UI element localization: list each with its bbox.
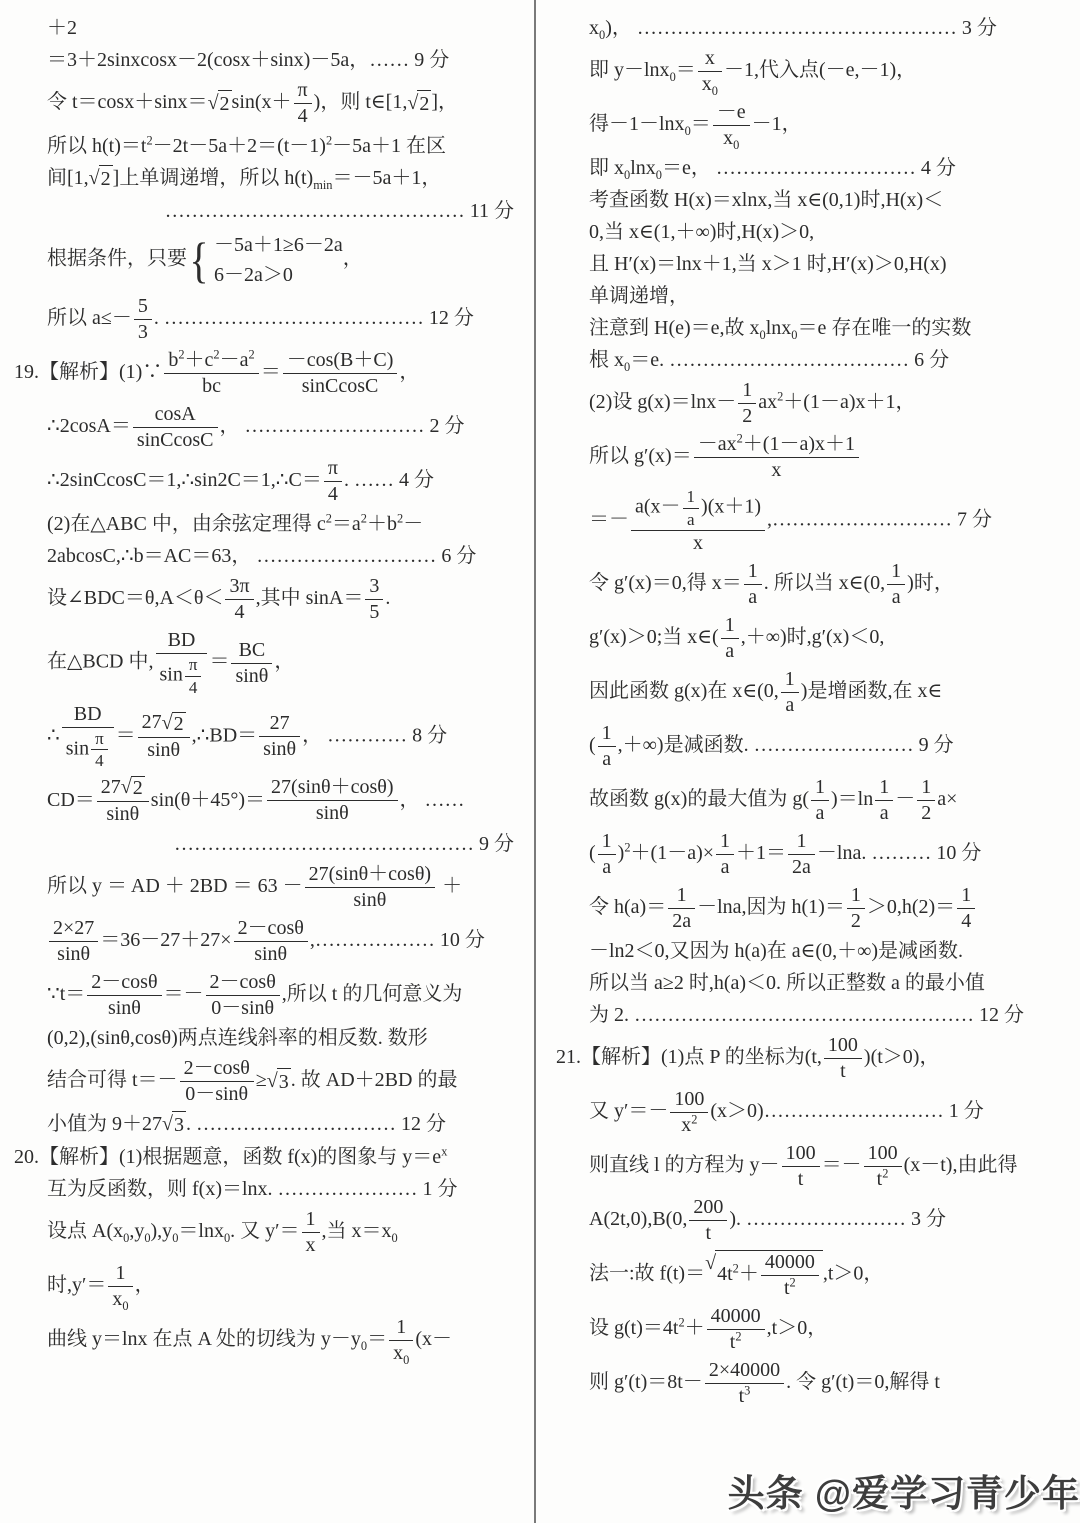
solution-line: ∴BDsinπ4＝27√2sinθ,∴BD＝27sinθ， ………… 8 分 bbox=[47, 703, 514, 771]
solution-line: ∵t＝2－cosθsinθ＝－2－cosθ0－sinθ,所以 t 的几何意义为 bbox=[47, 971, 514, 1020]
solution-line: g′(x)＞0;当 x∈(1a,＋∞)时,g′(x)＜0, bbox=[589, 614, 1068, 663]
watermark-text: 头条 @爱学习青少年 bbox=[728, 1469, 1080, 1519]
solution-line: 则 g′(t)＝8t－2×40000t3. 令 g′(t)＝0,解得 t bbox=[589, 1359, 1068, 1408]
solution-line: ＝3＋2sinxcosx－2(cosx＋sinx)－5a，…… 9 分 bbox=[47, 47, 514, 74]
solution-line: 又 y′＝－100x2(x＞0)……………………… 1 分 bbox=[589, 1088, 1068, 1137]
solution-line: 单调递增， bbox=[589, 283, 1068, 310]
solution-line: ∴2cosA＝cosAsinCcosC， ……………………… 2 分 bbox=[47, 403, 514, 452]
solution-line: 令 h(a)＝12a－lna,因为 h(1)＝12＞0,h(2)＝14 bbox=[589, 884, 1068, 933]
solution-line: 故函数 g(x)的最大值为 g(1a)＝ln1a－12a× bbox=[589, 776, 1068, 825]
solution-line: 设点 A(x0,y0),y0＝lnx0. 又 y′＝1x,当 x＝x0 bbox=[47, 1208, 514, 1257]
solution-line: ……………………………………… 11 分 bbox=[47, 198, 514, 225]
solution-line: ∴2sinCcosC＝1,∴sin2C＝1,∴C＝π4. …… 4 分 bbox=[47, 457, 514, 506]
solution-line: 注意到 H(e)＝e,故 x0lnx0＝e 存在唯一的实数 bbox=[589, 315, 1068, 342]
solution-line: 设 g(t)＝4t2＋40000t2,t＞0， bbox=[589, 1305, 1068, 1354]
solution-line: 即 x0lnx0＝e， ………………………… 4 分 bbox=[589, 155, 1068, 182]
solution-line: CD＝27√2sinθsin(θ＋45°)＝27(sinθ＋cosθ)sinθ，… bbox=[47, 776, 514, 826]
solution-line: 根 x0＝e. ……………………………… 6 分 bbox=[589, 347, 1068, 374]
solution-line: (0,2),(sinθ,cosθ)两点连线斜率的相反数. 数形 bbox=[47, 1025, 514, 1052]
solution-line: 2×27sinθ＝36－27＋27×2－cosθsinθ,……………… 10 分 bbox=[47, 917, 514, 966]
solution-line: 21.【解析】(1)点 P 的坐标为(t,100t)(t＞0)， bbox=[556, 1034, 1068, 1083]
solution-line: (2)在△ABC 中，由余弦定理得 c2＝a2＋b2－ bbox=[47, 511, 514, 538]
left-column: ＋2＝3＋2sinxcosx－2(cosx＋sinx)－5a，…… 9 分令 t… bbox=[14, 0, 514, 1370]
solution-line: 间[1,√2]上单调递增，所以 h(t)min＝－5a＋1， bbox=[47, 165, 514, 193]
solution-line: 所以 g′(x)＝－ax2＋(1－a)x＋1x bbox=[589, 433, 1068, 482]
solution-line: 20.【解析】(1)根据题意，函数 f(x)的图象与 y＝ex bbox=[14, 1144, 514, 1171]
solution-line: (1a)2＋(1－a)×1a＋1＝12a－lna. ……… 10 分 bbox=[589, 830, 1068, 879]
right-column: x0)， ………………………………………… 3 分即 y－lnx0＝xx0－1,… bbox=[556, 0, 1068, 1413]
solution-line: 设∠BDC＝θ,A＜θ＜3π4,其中 sinA＝35. bbox=[47, 575, 514, 624]
solution-line: ＋2 bbox=[47, 15, 514, 42]
solution-line: 所以当 a≥2 时,h(a)＜0. 所以正整数 a 的最小值 bbox=[589, 970, 1068, 997]
exam-answer-page: ＋2＝3＋2sinxcosx－2(cosx＋sinx)－5a，…… 9 分令 t… bbox=[0, 0, 1080, 1523]
solution-line: 0,当 x∈(1,＋∞)时,H(x)＞0, bbox=[589, 219, 1068, 246]
solution-line: 法一:故 f(t)＝√4t2＋40000t2,t＞0， bbox=[589, 1250, 1068, 1300]
solution-line: ……………………………………… 9 分 bbox=[47, 831, 514, 858]
solution-line: ＝－a(x－1a)(x＋1)x,……………………… 7 分 bbox=[589, 487, 1068, 555]
solution-line: 结合可得 t＝－2－cosθ0－sinθ≥√3. 故 AD＋2BD 的最 bbox=[47, 1057, 514, 1106]
solution-line: (1a,＋∞)是减函数. …………………… 9 分 bbox=[589, 722, 1068, 771]
solution-line: 根据条件，只要{－5a＋1≥6－2a6－2a＞0， bbox=[47, 230, 514, 290]
solution-line: 所以 h(t)＝t2－2t－5a＋2＝(t－1)2－5a＋1 在区 bbox=[47, 133, 514, 160]
solution-line: 所以 a≤－53. ………………………………… 12 分 bbox=[47, 295, 514, 344]
solution-line: 在△BCD 中,BDsinπ4＝BCsinθ， bbox=[47, 629, 514, 697]
solution-line: 时,y′＝1x0， bbox=[47, 1262, 514, 1311]
solution-line: 为 2. …………………………………………… 12 分 bbox=[589, 1002, 1068, 1029]
solution-line: 2abcosC,∴b＝AC＝63， ……………………… 6 分 bbox=[47, 543, 514, 570]
solution-line: 即 y－lnx0＝xx0－1,代入点(－e,－1)， bbox=[589, 47, 1068, 96]
solution-line: 小值为 9＋27√3. ………………………… 12 分 bbox=[47, 1111, 514, 1139]
solution-line: 互为反函数，则 f(x)＝lnx. ………………… 1 分 bbox=[47, 1176, 514, 1203]
solution-line: －ln2＜0,又因为 h(a)在 a∈(0,＋∞)是减函数. bbox=[589, 938, 1068, 965]
solution-line: 所以 y ＝ AD ＋ 2BD ＝ 63 －27(sinθ＋cosθ)sinθ … bbox=[47, 863, 514, 912]
solution-line: x0)， ………………………………………… 3 分 bbox=[589, 15, 1068, 42]
solution-line: A(2t,0),B(0,200t). …………………… 3 分 bbox=[589, 1196, 1068, 1245]
solution-line: 令 t＝cosx＋sinx＝√2sin(x＋π4)，则 t∈[1,√2]， bbox=[47, 79, 514, 128]
solution-line: 且 H′(x)＝lnx＋1,当 x＞1 时,H′(x)＞0,H(x) bbox=[589, 251, 1068, 278]
solution-line: 曲线 y＝lnx 在点 A 处的切线为 y－y0＝1x0(x－ bbox=[47, 1316, 514, 1365]
solution-line: 因此函数 g(x)在 x∈(0,1a)是增函数,在 x∈ bbox=[589, 668, 1068, 717]
solution-line: 则直线 l 的方程为 y－100t＝－100t2(x－t),由此得 bbox=[589, 1142, 1068, 1191]
solution-line: 令 g′(x)＝0,得 x＝1a. 所以当 x∈(0,1a)时， bbox=[589, 560, 1068, 609]
solution-line: 得－1－lnx0＝－ex0－1， bbox=[589, 101, 1068, 150]
solution-line: (2)设 g(x)＝lnx－12ax2＋(1－a)x＋1， bbox=[589, 379, 1068, 428]
solution-line: 19.【解析】(1)∵b2＋c2－a2bc＝－cos(B＋C)sinCcosC， bbox=[14, 349, 514, 398]
column-divider bbox=[534, 0, 536, 1523]
solution-line: 考查函数 H(x)＝xlnx,当 x∈(0,1)时,H(x)＜ bbox=[589, 187, 1068, 214]
